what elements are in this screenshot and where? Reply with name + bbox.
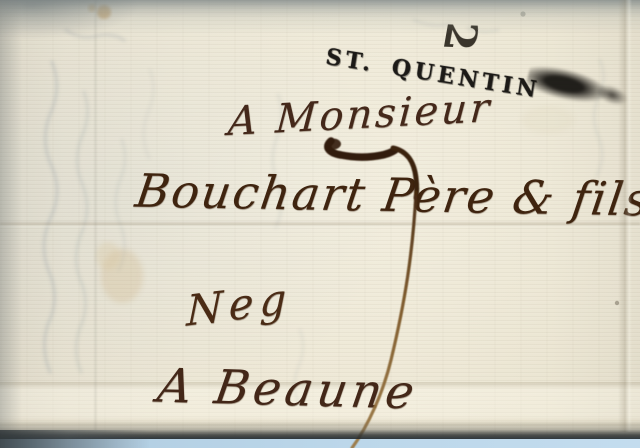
bottom-left-corner-shadow [0, 430, 150, 448]
rate-mark-hook [393, 148, 417, 198]
rate-mark-tail [352, 192, 416, 448]
left-edge-shade [0, 0, 22, 437]
manuscript-rate-mark [0, 0, 640, 448]
right-edge-crease [618, 0, 632, 432]
photo-of-antique-letter: ST. QUENTIN 2 A Monsieur Bouchart Père &… [0, 0, 640, 448]
top-left-corner-shade [0, 0, 220, 60]
